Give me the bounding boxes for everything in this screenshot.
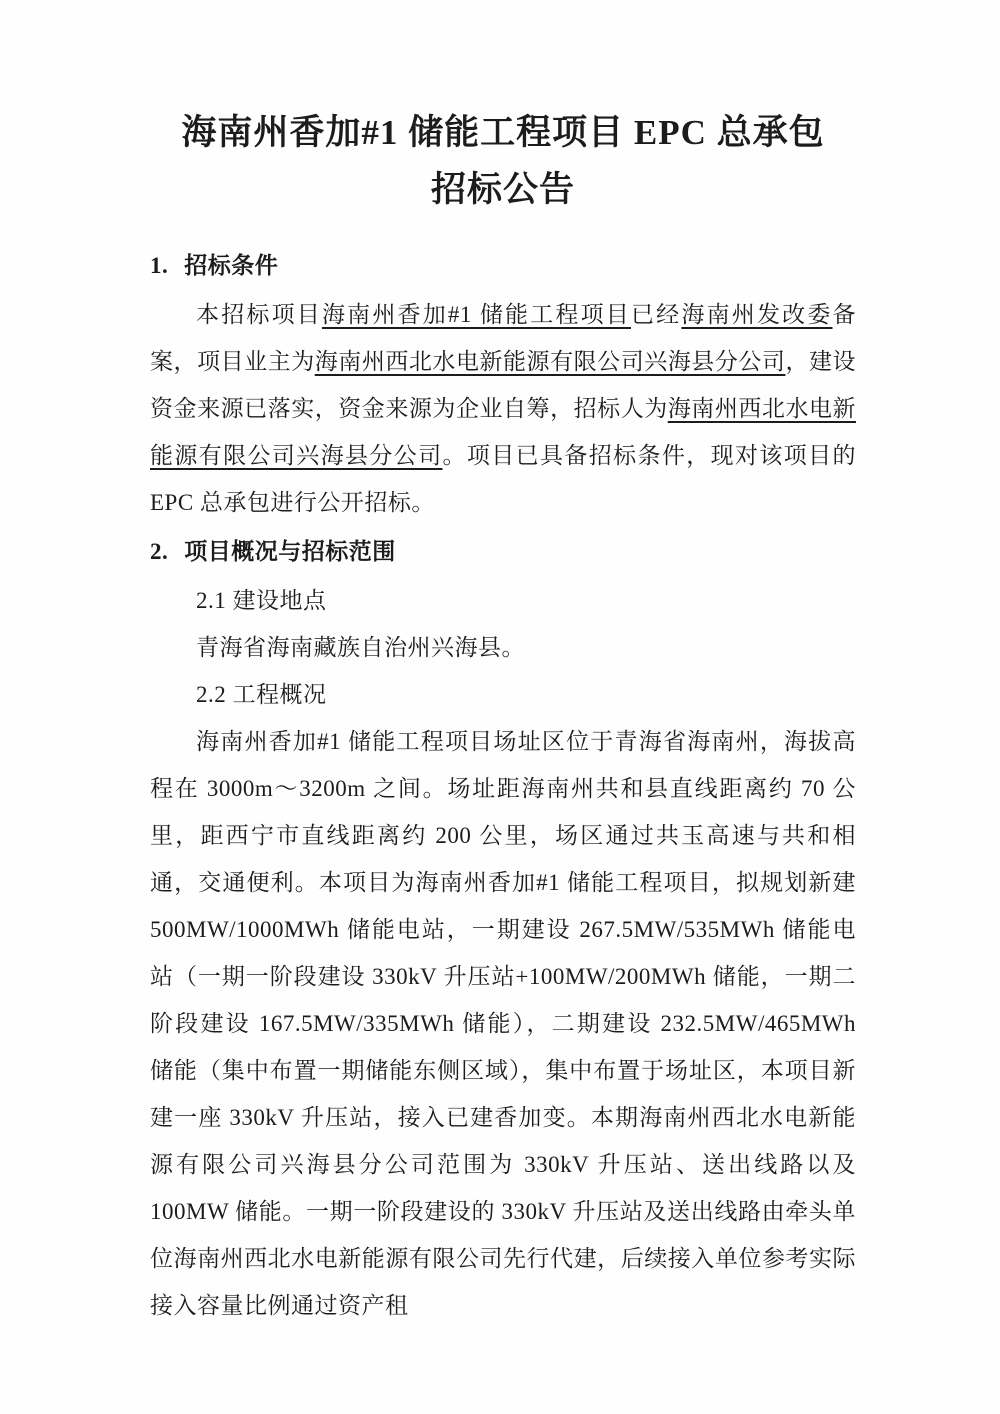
section-1-paragraph: 本招标项目海南州香加#1 储能工程项目已经海南州发改委备案，项目业主为海南州西北… [150, 291, 856, 526]
subsection-2-1-body: 青海省海南藏族自治州兴海县。 [150, 624, 856, 671]
underlined-text-run: 海南州香加#1 储能工程项目 [322, 302, 631, 327]
subsection-2-1-heading: 2.1 建设地点 [150, 577, 856, 624]
text-run: 已经 [631, 302, 681, 327]
section-1-heading: 1.招标条件 [150, 240, 856, 291]
section-2-label: 项目概况与招标范围 [184, 539, 396, 564]
subsection-2-2-heading: 2.2 工程概况 [150, 671, 856, 718]
subsection-2-2-body: 海南州香加#1 储能工程项目场址区位于青海省海南州，海拔高程在 3000m～32… [150, 718, 856, 1329]
document-content: 海南州香加#1 储能工程项目 EPC 总承包 招标公告 1.招标条件 本招标项目… [0, 0, 1000, 1329]
section-1-label: 招标条件 [184, 253, 278, 278]
section-2-heading: 2.项目概况与招标范围 [150, 526, 856, 577]
document-title: 海南州香加#1 储能工程项目 EPC 总承包 招标公告 [150, 104, 856, 218]
section-2-number: 2. [150, 526, 168, 577]
underlined-text-run: 海南州西北水电新能源有限公司兴海县分公司 [315, 349, 786, 374]
document-page: 海南州香加#1 储能工程项目 EPC 总承包 招标公告 1.招标条件 本招标项目… [0, 0, 1000, 1414]
section-1-number: 1. [150, 240, 168, 291]
underlined-text-run: 海南州发改委 [681, 302, 832, 327]
document-title-line-1: 海南州香加#1 储能工程项目 EPC 总承包 [150, 104, 856, 161]
text-run: 本招标项目 [196, 302, 322, 327]
document-title-line-2: 招标公告 [150, 161, 856, 218]
